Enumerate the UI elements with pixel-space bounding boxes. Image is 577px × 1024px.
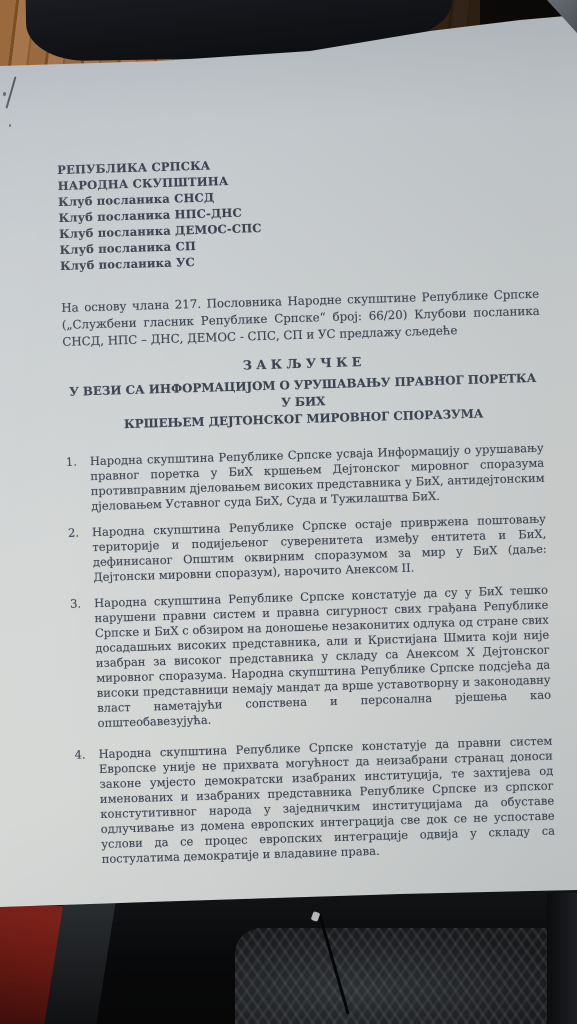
- item-number: 2.: [68, 525, 89, 586]
- right-dark-strip: [547, 893, 577, 1024]
- ink-dot: [3, 92, 6, 96]
- mesh-shoe: [235, 928, 577, 1024]
- conclusions-list: 1. Народна скупштина Републике Српске ус…: [66, 440, 556, 867]
- item-number: 4.: [74, 747, 97, 868]
- item-text: Народна скупштина Републике Српске конст…: [98, 733, 555, 866]
- item-text: Народна скупштина Републике Српске конст…: [94, 582, 552, 730]
- item-number: 3.: [70, 596, 93, 732]
- paper-sheet: РЕПУБЛИКА СРПСКА НАРОДНА СКУПШТИНА Клуб …: [0, 0, 577, 1024]
- conclusion-item-1: 1. Народна скупштина Републике Српске ус…: [66, 440, 546, 514]
- item-number: 1.: [66, 454, 87, 515]
- photo-of-document: РЕПУБЛИКА СРПСКА НАРОДНА СКУПШТИНА Клуб …: [0, 0, 577, 1024]
- ink-dot-small: [9, 124, 11, 127]
- conclusion-item-4: 4. Народна скупштина Републике Српске ко…: [74, 733, 555, 867]
- document-text-block: РЕПУБЛИКА СРПСКА НАРОДНА СКУПШТИНА Клуб …: [57, 148, 556, 868]
- intro-paragraph: На основу члана 217. Пословника Народне …: [61, 286, 540, 351]
- item-text: Народна скупштина Републике Српске усвај…: [90, 440, 546, 513]
- pen-mark: [5, 76, 16, 108]
- conclusion-item-3: 3. Народна скупштина Републике Српске ко…: [70, 582, 552, 731]
- conclusion-item-2: 2. Народна скупштина Републике Српске ос…: [68, 511, 548, 585]
- item-text: Народна скупштина Републике Српске остај…: [92, 511, 548, 584]
- document-header: РЕПУБЛИКА СРПСКА НАРОДНА СКУПШТИНА Клуб …: [57, 148, 538, 274]
